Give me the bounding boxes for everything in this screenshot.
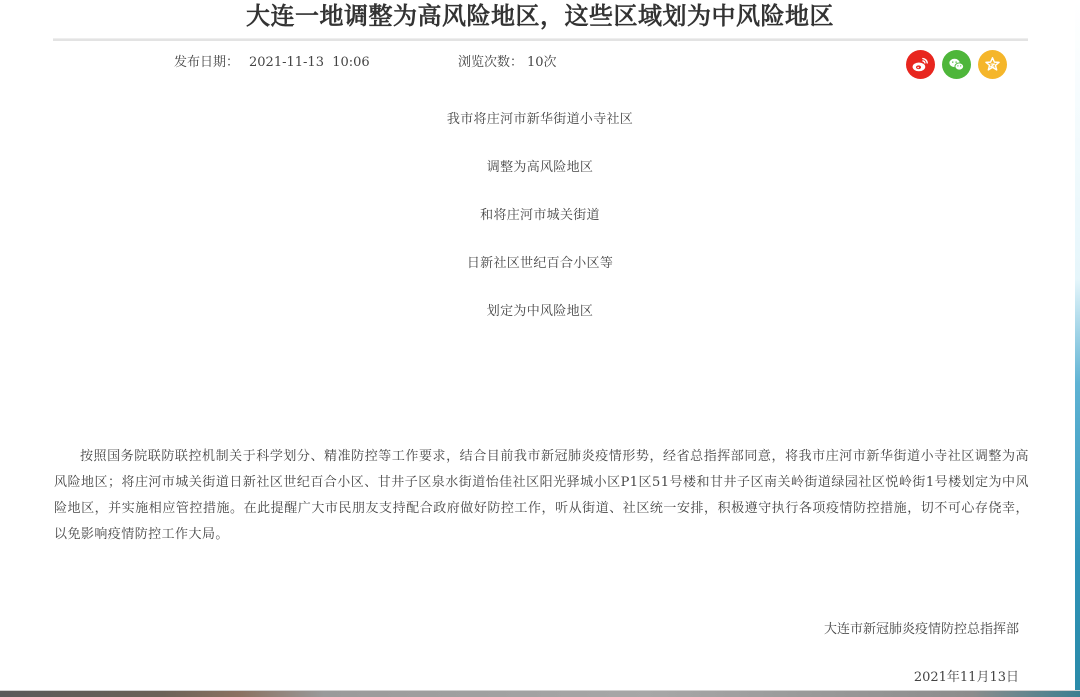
title-divider [53,38,1028,41]
view-count: 浏览次数：10次 [458,54,557,72]
issuer-signature: 大连市新冠肺炎疫情防控总指挥部 [824,621,1019,639]
lead-line: 我市将庄河市新华街道小寺社区 [0,111,1080,129]
view-count-value: 10次 [527,55,557,70]
star-icon [983,55,1002,74]
article-body: 按照国务院联防联控机制关于科学划分、精准防控等工作要求，结合目前我市新冠肺炎疫情… [54,444,1029,548]
article-title: 大连一地调整为高风险地区，这些区域划为中风险地区 [0,0,1080,34]
issue-date: 2021年11月13日 [914,669,1019,687]
favorite-button[interactable] [978,50,1007,79]
view-count-label: 浏览次数： [458,55,523,70]
lead-line: 和将庄河市城关街道 [0,207,1080,225]
lead-line: 划定为中风险地区 [0,303,1080,321]
background-window-edge-bottom [0,690,1080,697]
share-bar [906,50,1007,79]
weibo-icon [911,55,930,74]
wechat-icon [947,55,966,74]
background-window-edge [1075,0,1080,697]
publish-date-value: 2021-11-13 10:06 [249,55,370,70]
publish-date: 发布日期：2021-11-13 10:06 [174,54,370,72]
publish-date-label: 发布日期： [174,55,239,70]
article-page: 大连一地调整为高风险地区，这些区域划为中风险地区 发布日期：2021-11-13… [0,0,1075,690]
share-wechat-button[interactable] [942,50,971,79]
lead-line: 调整为高风险地区 [0,159,1080,177]
lead-line: 日新社区世纪百合小区等 [0,255,1080,273]
share-weibo-button[interactable] [906,50,935,79]
